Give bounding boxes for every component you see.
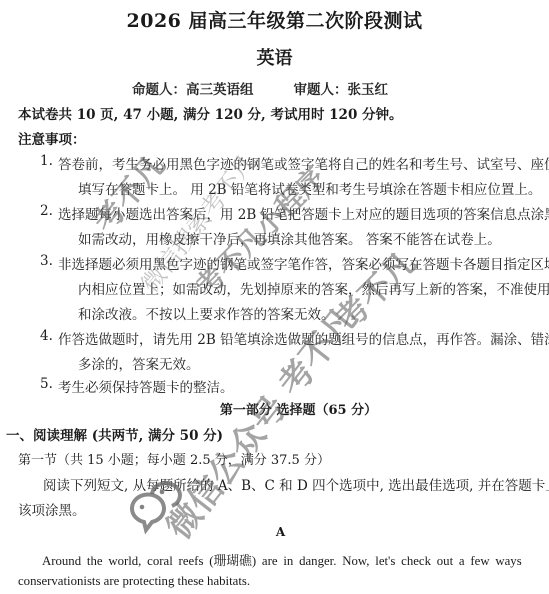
- note-4-number: 4.: [40, 328, 53, 344]
- note-3-line-1: 非选择题必须用黑色字迹的钢笔或签字笔作答，答案必须写在答题卡各题目指定区域: [58, 253, 549, 273]
- note-5-line-1: 考生必须保持答题卡的整洁。: [58, 376, 234, 396]
- note-1-number: 1.: [40, 153, 53, 169]
- passage-label: A: [0, 525, 549, 539]
- note-4-line-2: 多涂的，答案无效。: [78, 353, 200, 373]
- passage-line-1: Around the world, coral reefs (珊瑚礁) are …: [42, 550, 522, 569]
- notes-heading: 注意事项：: [18, 128, 86, 148]
- note-5-number: 5.: [40, 376, 53, 392]
- part-one-heading: 第一部分 选择题（65 分）: [0, 399, 549, 418]
- reading-section-heading: 一、阅读理解 (共两节, 满分 50 分): [6, 424, 223, 444]
- note-2-line-2: 如需改动，用橡皮擦干净后，再填涂其他答案。 答案不能答在试卷上。: [78, 228, 501, 248]
- exam-title: 2026 届高三年级第二次阶段测试: [0, 6, 549, 33]
- instructions-line-1: 阅读下列短文, 从每题所给的 A、B、C 和 D 四个选项中, 选出最佳选项, …: [43, 474, 549, 494]
- passage-line-2: conservationists are protecting these ha…: [18, 574, 250, 589]
- subject-title: 英语: [0, 44, 549, 70]
- note-3-line-3: 和涂改液。不按以上要求作答的答案无效。: [78, 303, 335, 323]
- note-1-line-1: 答卷前，考生务必用黑色字迹的钢笔或签字笔将自己的姓名和考生号、试室号、座位号: [58, 153, 549, 173]
- note-2-number: 2.: [40, 203, 53, 219]
- exam-info: 本试卷共 10 页, 47 小题, 满分 120 分, 考试用时 120 分钟。: [18, 103, 403, 123]
- note-2-line-1: 选择题每小题选出答案后，用 2B 铅笔把答题卡上对应的题目选项的答案信息点涂黑；: [58, 203, 549, 223]
- note-3-number: 3.: [40, 253, 53, 269]
- authors-line: 命题人：高三英语组审题人：张玉红: [132, 78, 388, 98]
- instructions-line-2: 该项涂黑。: [18, 499, 86, 519]
- exam-page: 2026 届高三年级第二次阶段测试 英语 命题人：高三英语组审题人：张玉红 本试…: [0, 0, 549, 594]
- note-1-line-2: 填写在答题卡上。 用 2B 铅笔将试卷类型和考生号填涂在答题卡相应位置上。: [78, 178, 541, 198]
- note-3-line-2: 内相应位置上；如需改动，先划掉原来的答案，然后再写上新的答案，不准使用铅笔: [78, 278, 549, 298]
- author-label: 命题人：高三英语组: [132, 82, 254, 98]
- note-4-line-1: 作答选做题时，请先用 2B 铅笔填涂选做题的题组号的信息点，再作答。漏涂、错涂、: [58, 328, 549, 348]
- subsection-heading: 第一节（共 15 小题；每小题 2.5 分，满分 37.5 分）: [18, 449, 330, 468]
- reviewer-label: 审题人：张玉红: [294, 82, 389, 98]
